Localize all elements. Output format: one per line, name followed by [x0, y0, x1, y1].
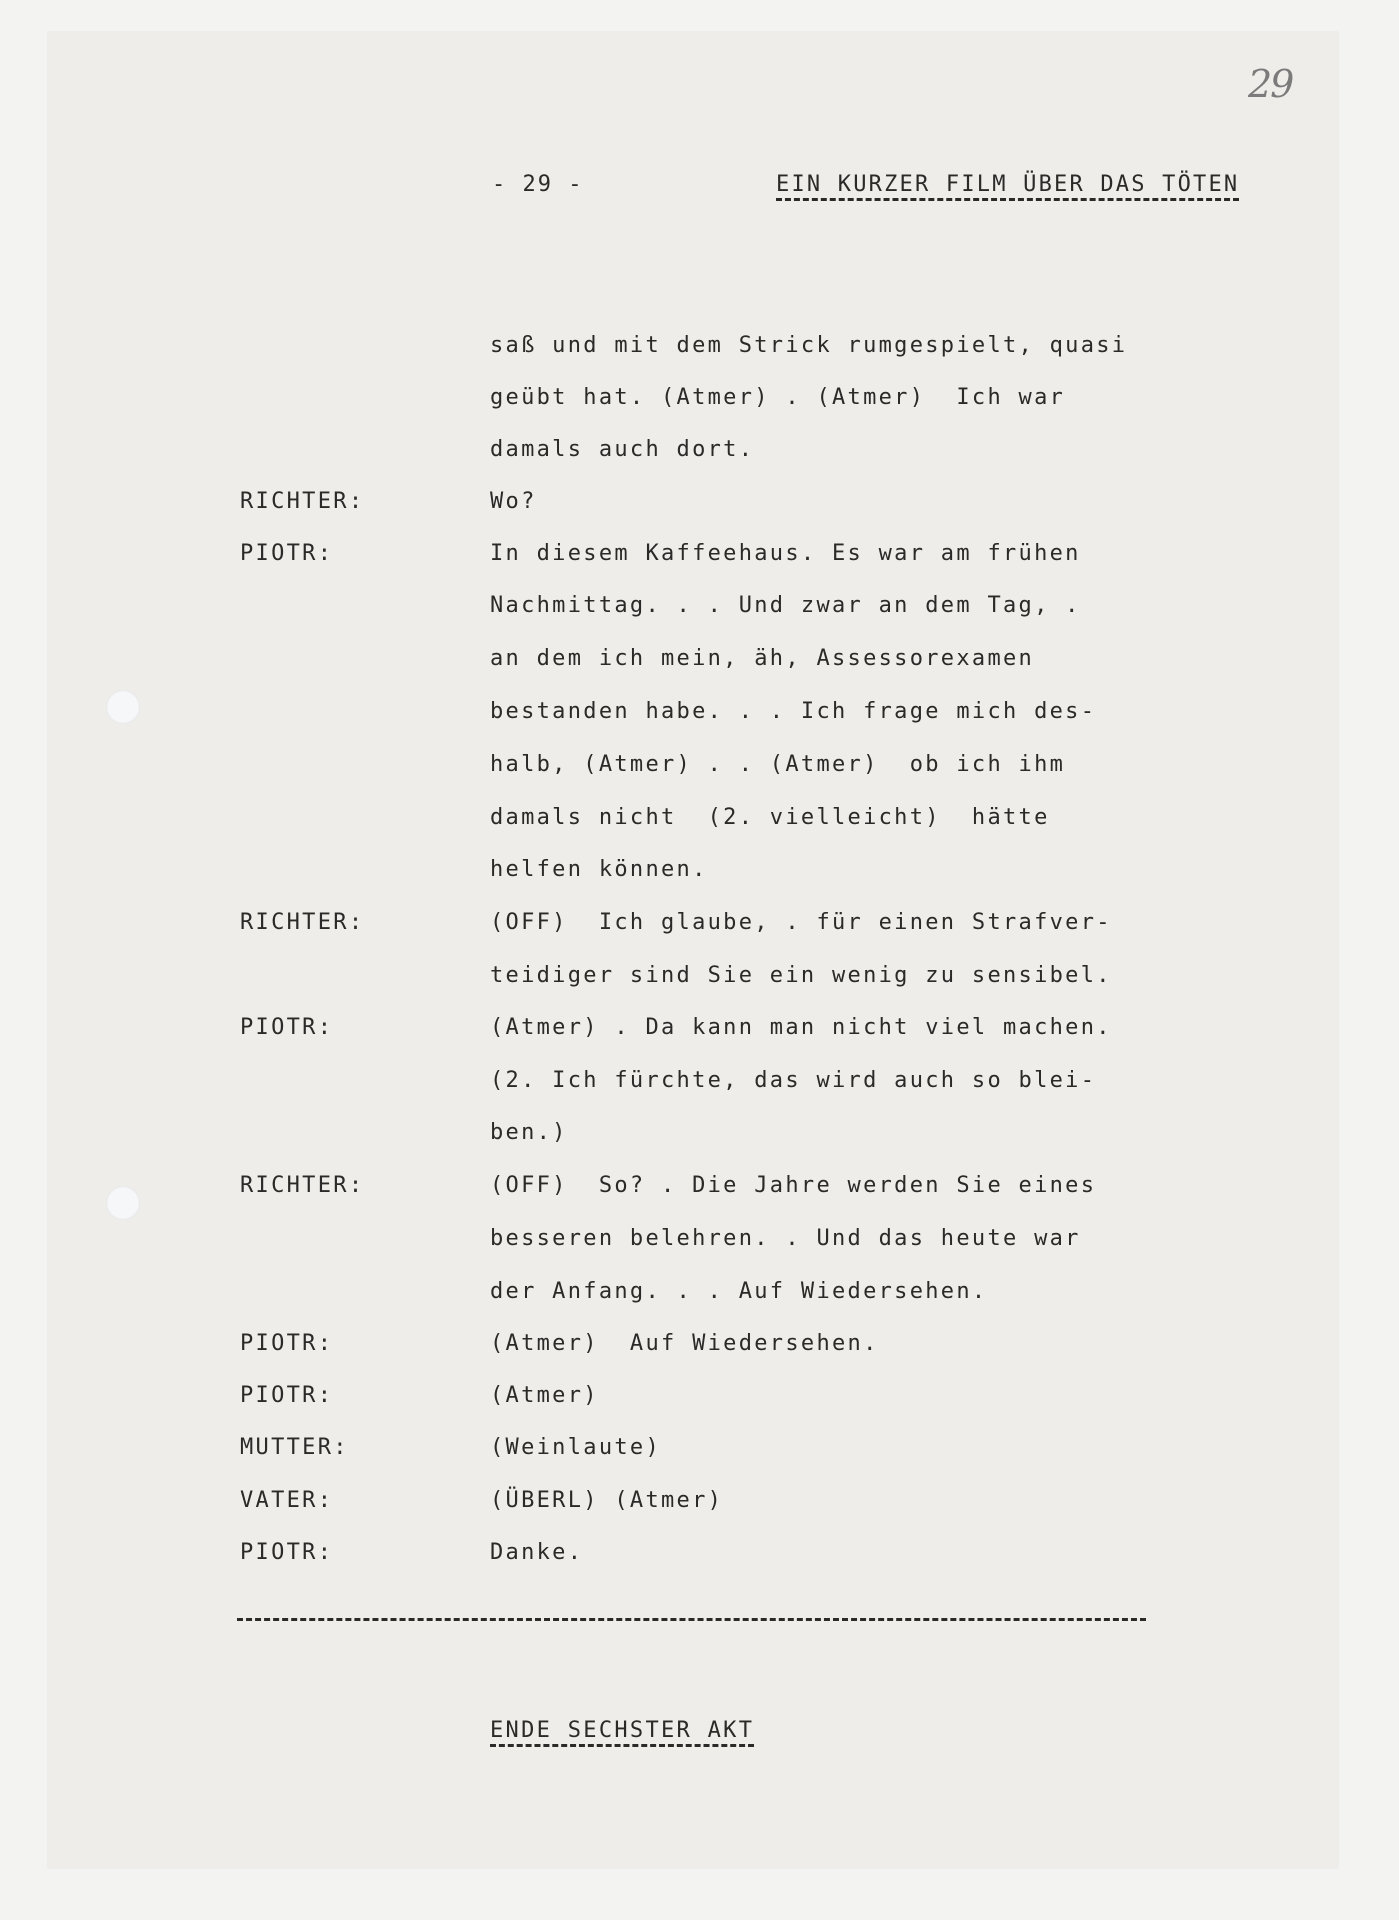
speaker-name: PIOTR:: [240, 1015, 333, 1045]
speaker-name: PIOTR:: [240, 541, 333, 571]
dialogue-line: Wo?: [490, 489, 537, 519]
dialogue-line: geübt hat. (Atmer) . (Atmer) Ich war: [490, 385, 1065, 415]
speaker-name: RICHTER:: [240, 1173, 364, 1203]
punch-hole: [106, 690, 140, 724]
act-end-heading: ENDE SECHSTER AKT: [490, 1718, 754, 1747]
dialogue-line: saß und mit dem Strick rumgespielt, quas…: [490, 333, 1127, 363]
handwritten-folio-number: 29: [1248, 62, 1292, 106]
speaker-name: RICHTER:: [240, 489, 364, 519]
document-title: EIN KURZER FILM ÜBER DAS TÖTEN: [776, 172, 1239, 201]
speaker-name: PIOTR:: [240, 1540, 333, 1570]
dialogue-line: (OFF) So? . Die Jahre werden Sie eines: [490, 1173, 1096, 1203]
dialogue-line: (ÜBERL) (Atmer): [490, 1488, 723, 1518]
dialogue-line: besseren belehren. . Und das heute war: [490, 1226, 1081, 1256]
dialogue-line: bestanden habe. . . Ich frage mich des-: [490, 699, 1096, 729]
dialogue-line: der Anfang. . . Auf Wiedersehen.: [490, 1279, 987, 1309]
dialogue-line: teidiger sind Sie ein wenig zu sensibel.: [490, 963, 1112, 993]
dialogue-line: damals nicht (2. vielleicht) hätte: [490, 805, 1050, 835]
punch-hole: [106, 1186, 140, 1220]
speaker-name: RICHTER:: [240, 910, 364, 940]
speaker-name: PIOTR:: [240, 1383, 333, 1413]
speaker-name: VATER:: [240, 1488, 333, 1518]
page-number: - 29 -: [492, 172, 583, 197]
dialogue-line: halb, (Atmer) . . (Atmer) ob ich ihm: [490, 752, 1065, 782]
dialogue-line: (2. Ich fürchte, das wird auch so blei-: [490, 1068, 1096, 1098]
speaker-name: PIOTR:: [240, 1331, 333, 1361]
paper-sheet: [48, 32, 1338, 1868]
speaker-name: MUTTER:: [240, 1435, 349, 1465]
dialogue-line: ben.): [490, 1120, 568, 1150]
dialogue-line: (Atmer): [490, 1383, 599, 1413]
dialogue-line: an dem ich mein, äh, Assessorexamen: [490, 646, 1034, 676]
dialogue-line: (Atmer) . Da kann man nicht viel machen.: [490, 1015, 1112, 1045]
dialogue-line: (Weinlaute): [490, 1435, 661, 1465]
dashed-separator: [237, 1618, 1146, 1621]
dialogue-line: Nachmittag. . . Und zwar an dem Tag, .: [490, 593, 1081, 623]
dialogue-line: Danke.: [490, 1540, 583, 1570]
dialogue-line: damals auch dort.: [490, 437, 754, 467]
dialogue-line: helfen können.: [490, 857, 708, 887]
dialogue-line: (Atmer) Auf Wiedersehen.: [490, 1331, 879, 1361]
dialogue-line: In diesem Kaffeehaus. Es war am frühen: [490, 541, 1081, 571]
dialogue-line: (OFF) Ich glaube, . für einen Strafver-: [490, 910, 1112, 940]
